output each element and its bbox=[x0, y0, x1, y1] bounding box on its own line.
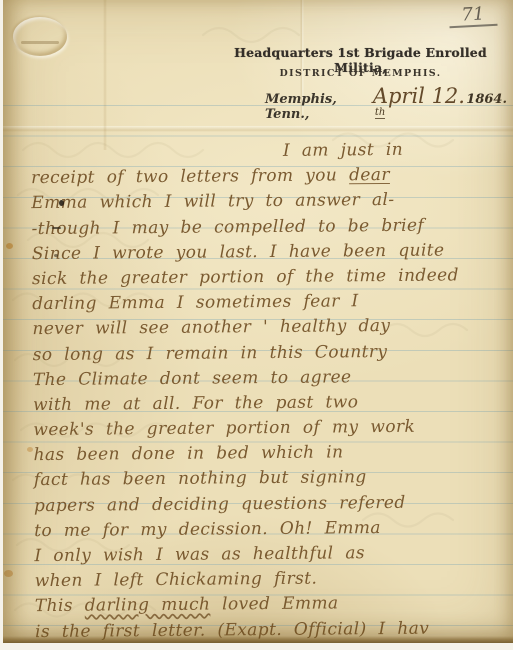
paper-stain bbox=[6, 243, 13, 249]
dateline-date-main: April 12. bbox=[373, 84, 465, 108]
dateline-year: 1864. bbox=[466, 92, 507, 107]
dateline-ordinal: th bbox=[375, 107, 385, 119]
letter-line-20: is the first letter. (Exapt. Official) I… bbox=[35, 615, 511, 643]
fold-crease-vertical-left bbox=[103, 0, 107, 150]
paper-stain bbox=[4, 570, 13, 577]
letter-body: I am just in receipt of two letters from… bbox=[31, 137, 511, 643]
letter-line-19-text-post: loved Emma bbox=[210, 594, 338, 615]
letter-paper: 71 Headquarters 1st Brigade Enrolled Mil… bbox=[3, 0, 513, 643]
dateline-place: Memphis, Tenn., bbox=[265, 92, 373, 122]
letterhead-subtitle: DISTRICT OF MEMPHIS. bbox=[208, 68, 513, 79]
letter-line-19-wavy-underlined: darling much bbox=[85, 595, 211, 616]
page-number: 71 bbox=[448, 4, 497, 28]
paper-stain bbox=[27, 447, 33, 452]
dateline: Memphis, Tenn., April 12.th 1864. bbox=[265, 84, 507, 114]
dateline-date: April 12.th bbox=[373, 84, 466, 127]
letter-scan: 71 Headquarters 1st Brigade Enrolled Mil… bbox=[0, 0, 513, 650]
letter-line-6: sick the greater portion of the time ind… bbox=[32, 263, 508, 292]
letter-line-2-text: receipt of two letters from you bbox=[31, 165, 349, 188]
embossed-seal-icon bbox=[13, 17, 67, 56]
letter-line-19-text-pre: This bbox=[35, 596, 85, 616]
letter-line-2-underlined-word: dear bbox=[349, 165, 390, 185]
